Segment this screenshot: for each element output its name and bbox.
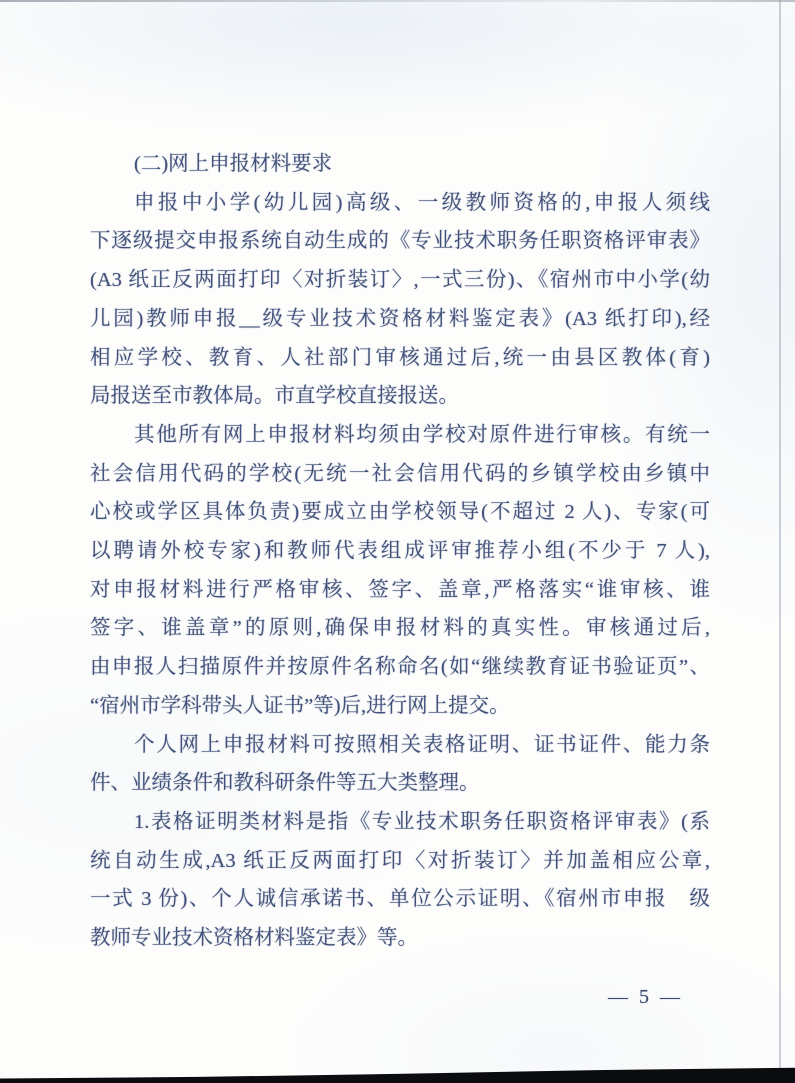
text-line: 相应学校、教育、人社部门审核通过后,统一由县区教体(育)	[90, 339, 710, 378]
text-line: 统自动生成,A3 纸正反两面打印〈对折装订〉并加盖相应公章,	[90, 842, 710, 881]
text-line: 以聘请外校专家)和教师代表组成评审推荐小组(不少于 7 人),	[90, 532, 710, 571]
text-line: 签字、谁盖章”的原则,确保申报材料的真实性。审核通过后,	[90, 609, 710, 648]
text-line: 对申报材料进行严格审核、签字、盖章,严格落实“谁审核、谁	[90, 571, 710, 610]
page-number: — 5 —	[608, 985, 683, 1009]
text-line: 个人网上申报材料可按照相关表格证明、证书证件、能力条	[90, 726, 710, 765]
section-heading: (二)网上申报材料要求	[90, 145, 710, 184]
text-line: 儿园)教师申报__级专业技术资格材料鉴定表》(A3 纸打印),经	[90, 300, 710, 339]
text-line: 心校或学区具体负责)要成立由学校领导(不超过 2 人)、专家(可	[90, 493, 710, 532]
document-body: (二)网上申报材料要求 申报中小学(幼儿园)高级、一级教师资格的,申报人须线 下…	[90, 145, 710, 958]
text-line: 教师专业技术资格材料鉴定表》等。	[90, 919, 710, 958]
text-line: 局报送至市教体局。市直学校直接报送。	[90, 377, 710, 416]
text-line: 一式 3 份)、个人诚信承诺书、单位公示证明、《宿州市申报 级	[90, 880, 710, 919]
text-line: 下逐级提交申报系统自动生成的《专业技术职务任职资格评审表》	[90, 222, 710, 261]
text-line: 申报中小学(幼儿园)高级、一级教师资格的,申报人须线	[90, 184, 710, 223]
document-page: (二)网上申报材料要求 申报中小学(幼儿园)高级、一级教师资格的,申报人须线 下…	[0, 0, 795, 1083]
text-line: (A3 纸正反两面打印〈对折装订〉,一式三份)、《宿州市中小学(幼	[90, 261, 710, 300]
text-line: 其他所有网上申报材料均须由学校对原件进行审核。有统一	[90, 416, 710, 455]
scan-bottom-edge	[0, 1064, 795, 1083]
text-line: 社会信用代码的学校(无统一社会信用代码的乡镇学校由乡镇中	[90, 455, 710, 494]
text-line: 件、业绩条件和教科研条件等五大类整理。	[90, 764, 710, 803]
scan-top-edge	[0, 0, 795, 2]
scan-right-edge-line	[779, 0, 781, 1068]
text-line: 由申报人扫描原件并按原件名称命名(如“继续教育证书验证页”、	[90, 648, 710, 687]
text-line: “宿州市学科带头人证书”等)后,进行网上提交。	[90, 687, 710, 726]
text-line: 1.表格证明类材料是指《专业技术职务任职资格评审表》(系	[90, 803, 710, 842]
